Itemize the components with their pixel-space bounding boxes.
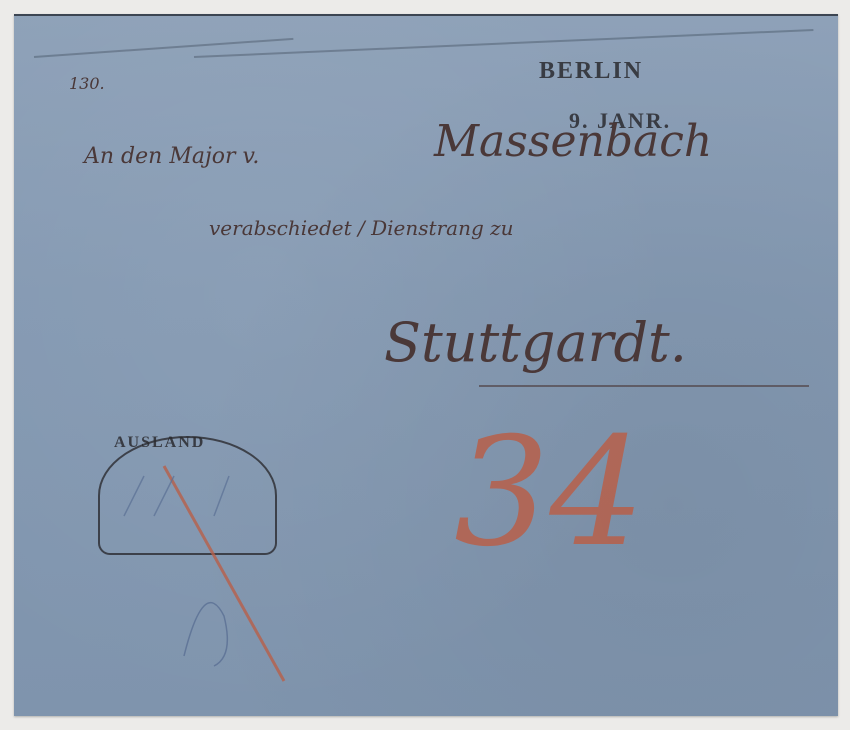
pencil-strokes — [14, 16, 838, 716]
envelope: 130. BERLIN 9. JANR. An den Major v. Mas… — [14, 14, 838, 716]
